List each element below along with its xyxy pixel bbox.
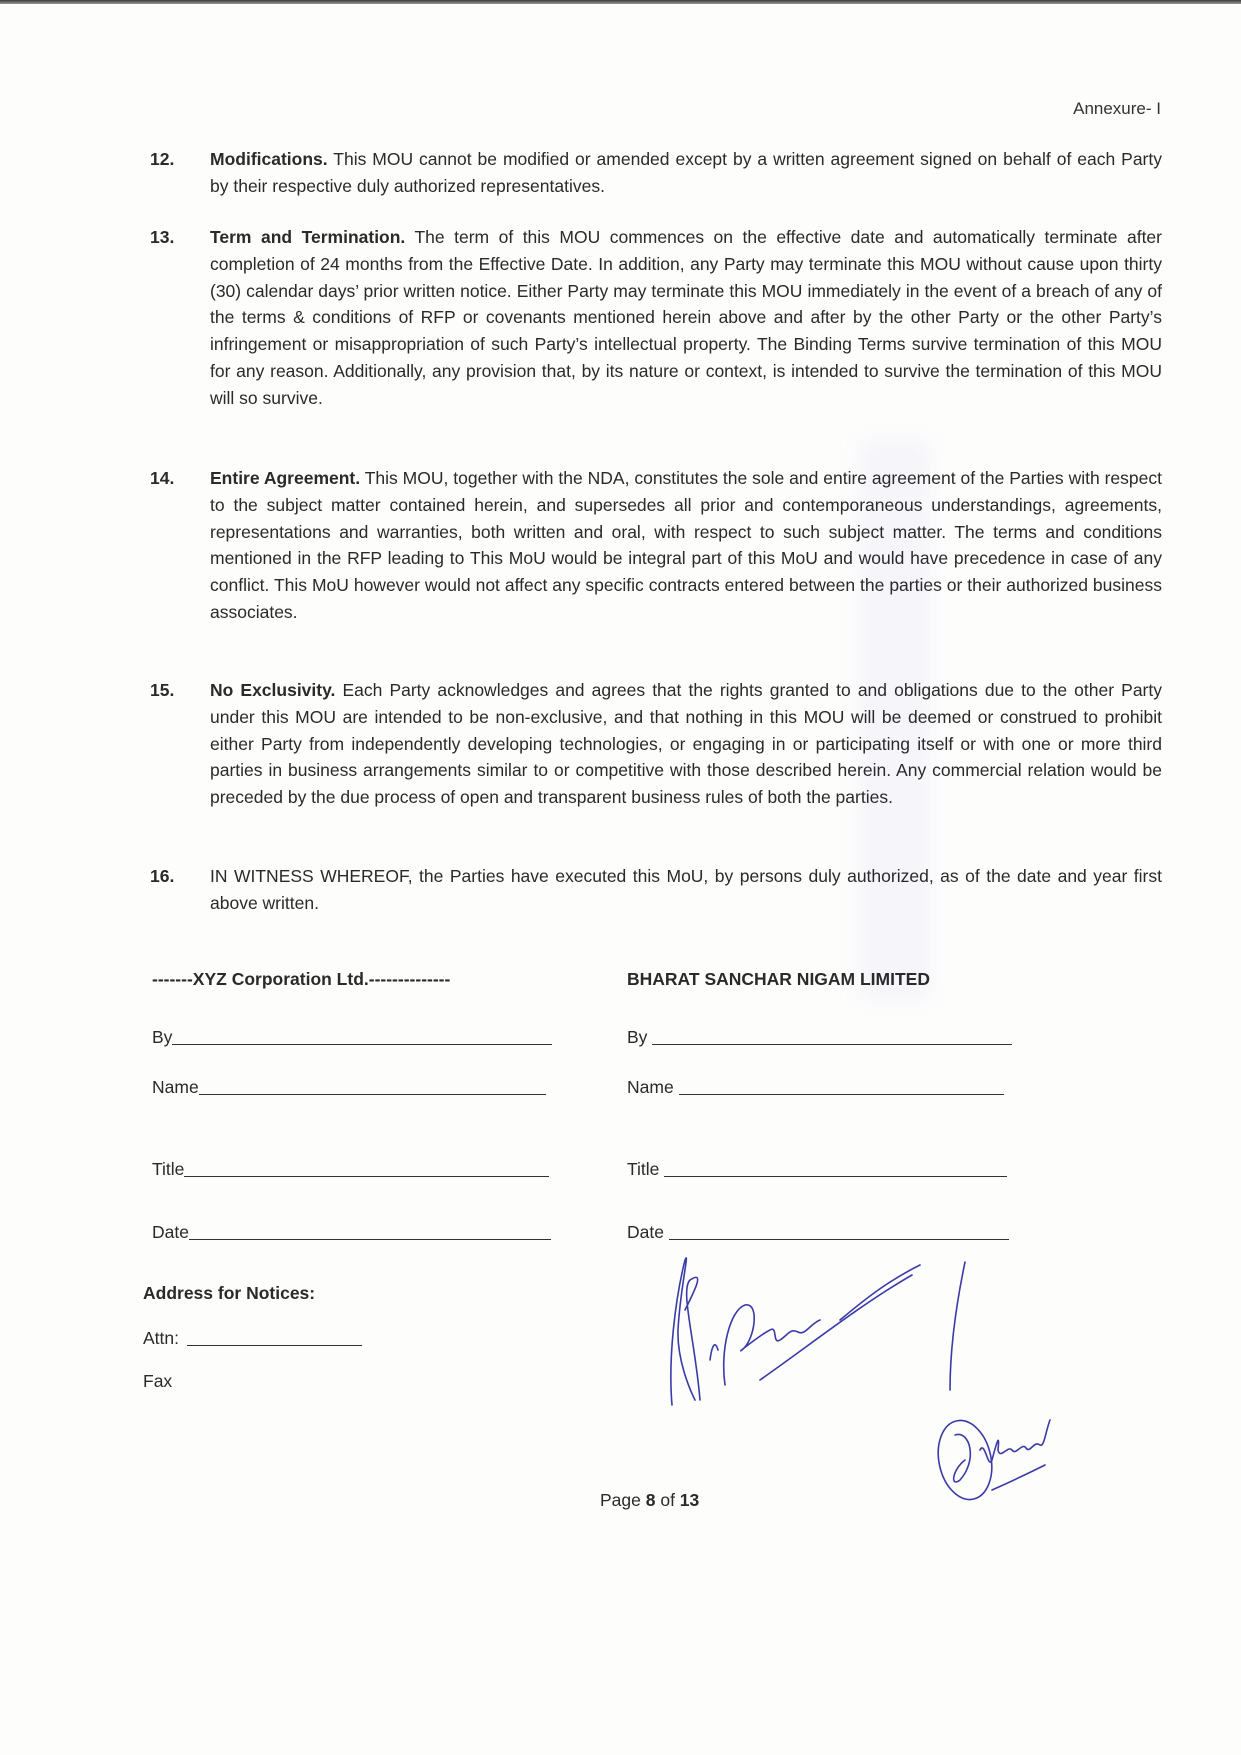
page-number: Page 8 of 13 [600, 1490, 699, 1511]
total-pages: 13 [680, 1490, 699, 1510]
left-by-field[interactable]: By [152, 1027, 552, 1048]
right-party-heading: BHARAT SANCHAR NIGAM LIMITED [627, 969, 930, 990]
clause-number: 15. [150, 677, 174, 704]
date-label: Date [152, 1222, 189, 1243]
attn-line [187, 1345, 362, 1346]
clause-text: This MOU cannot be modified or amended e… [210, 149, 1162, 196]
by-label: By [627, 1027, 652, 1048]
right-by-field[interactable]: By [627, 1027, 1012, 1048]
signature-line [664, 1175, 1007, 1177]
annexure-label: Annexure- I [1073, 99, 1161, 119]
signature-line [199, 1093, 546, 1095]
clause-title: Term and Termination. [210, 227, 405, 247]
right-title-field[interactable]: Title [627, 1159, 1007, 1180]
left-title-field[interactable]: Title [152, 1159, 549, 1180]
title-label: Title [152, 1159, 184, 1180]
date-label: Date [627, 1222, 669, 1243]
page-prefix: Page [600, 1490, 646, 1510]
current-page: 8 [646, 1490, 656, 1510]
initials-signature-icon [930, 1390, 1090, 1510]
clause-text: IN WITNESS WHEREOF, the Parties have exe… [210, 866, 1162, 913]
right-date-field[interactable]: Date [627, 1222, 1009, 1243]
name-label: Name [627, 1077, 679, 1098]
left-name-field[interactable]: Name [152, 1077, 546, 1098]
left-date-field[interactable]: Date [152, 1222, 551, 1243]
clause-text: Each Party acknowledges and agrees that … [210, 680, 1162, 807]
clause-title: Modifications. [210, 149, 328, 169]
page-of: of [655, 1490, 679, 1510]
signature-line [189, 1238, 551, 1240]
clause-text: This MOU, together with the NDA, constit… [210, 468, 1162, 622]
signature-line [669, 1238, 1009, 1240]
clause-15: 15. No Exclusivity. Each Party acknowled… [150, 677, 1162, 811]
signature-line [679, 1093, 1004, 1095]
scan-top-edge [0, 0, 1241, 4]
by-label: By [152, 1027, 172, 1048]
clause-number: 12. [150, 146, 174, 173]
clause-16: 16. IN WITNESS WHEREOF, the Parties have… [150, 863, 1162, 917]
right-name-field[interactable]: Name [627, 1077, 1004, 1098]
clause-text: The term of this MOU commences on the ef… [210, 227, 1162, 408]
signature-line [172, 1043, 552, 1045]
clause-14: 14. Entire Agreement. This MOU, together… [150, 465, 1162, 626]
clause-title: No Exclusivity. [210, 680, 335, 700]
clause-number: 14. [150, 465, 174, 492]
signature-line [184, 1175, 549, 1177]
title-label: Title [627, 1159, 664, 1180]
clause-12: 12. Modifications. This MOU cannot be mo… [150, 146, 1162, 200]
signature-line [652, 1043, 1012, 1045]
name-label: Name [152, 1077, 199, 1098]
clause-title: Entire Agreement. [210, 468, 360, 488]
attn-field[interactable]: Attn: [143, 1328, 362, 1349]
attn-label: Attn: [143, 1328, 179, 1349]
address-for-notices-heading: Address for Notices: [143, 1283, 315, 1304]
clause-number: 16. [150, 863, 174, 890]
left-party-heading: -------XYZ Corporation Ltd.-------------… [152, 969, 450, 990]
clause-number: 13. [150, 224, 174, 251]
clause-13: 13. Term and Termination. The term of th… [150, 224, 1162, 412]
fax-label: Fax [143, 1371, 172, 1392]
